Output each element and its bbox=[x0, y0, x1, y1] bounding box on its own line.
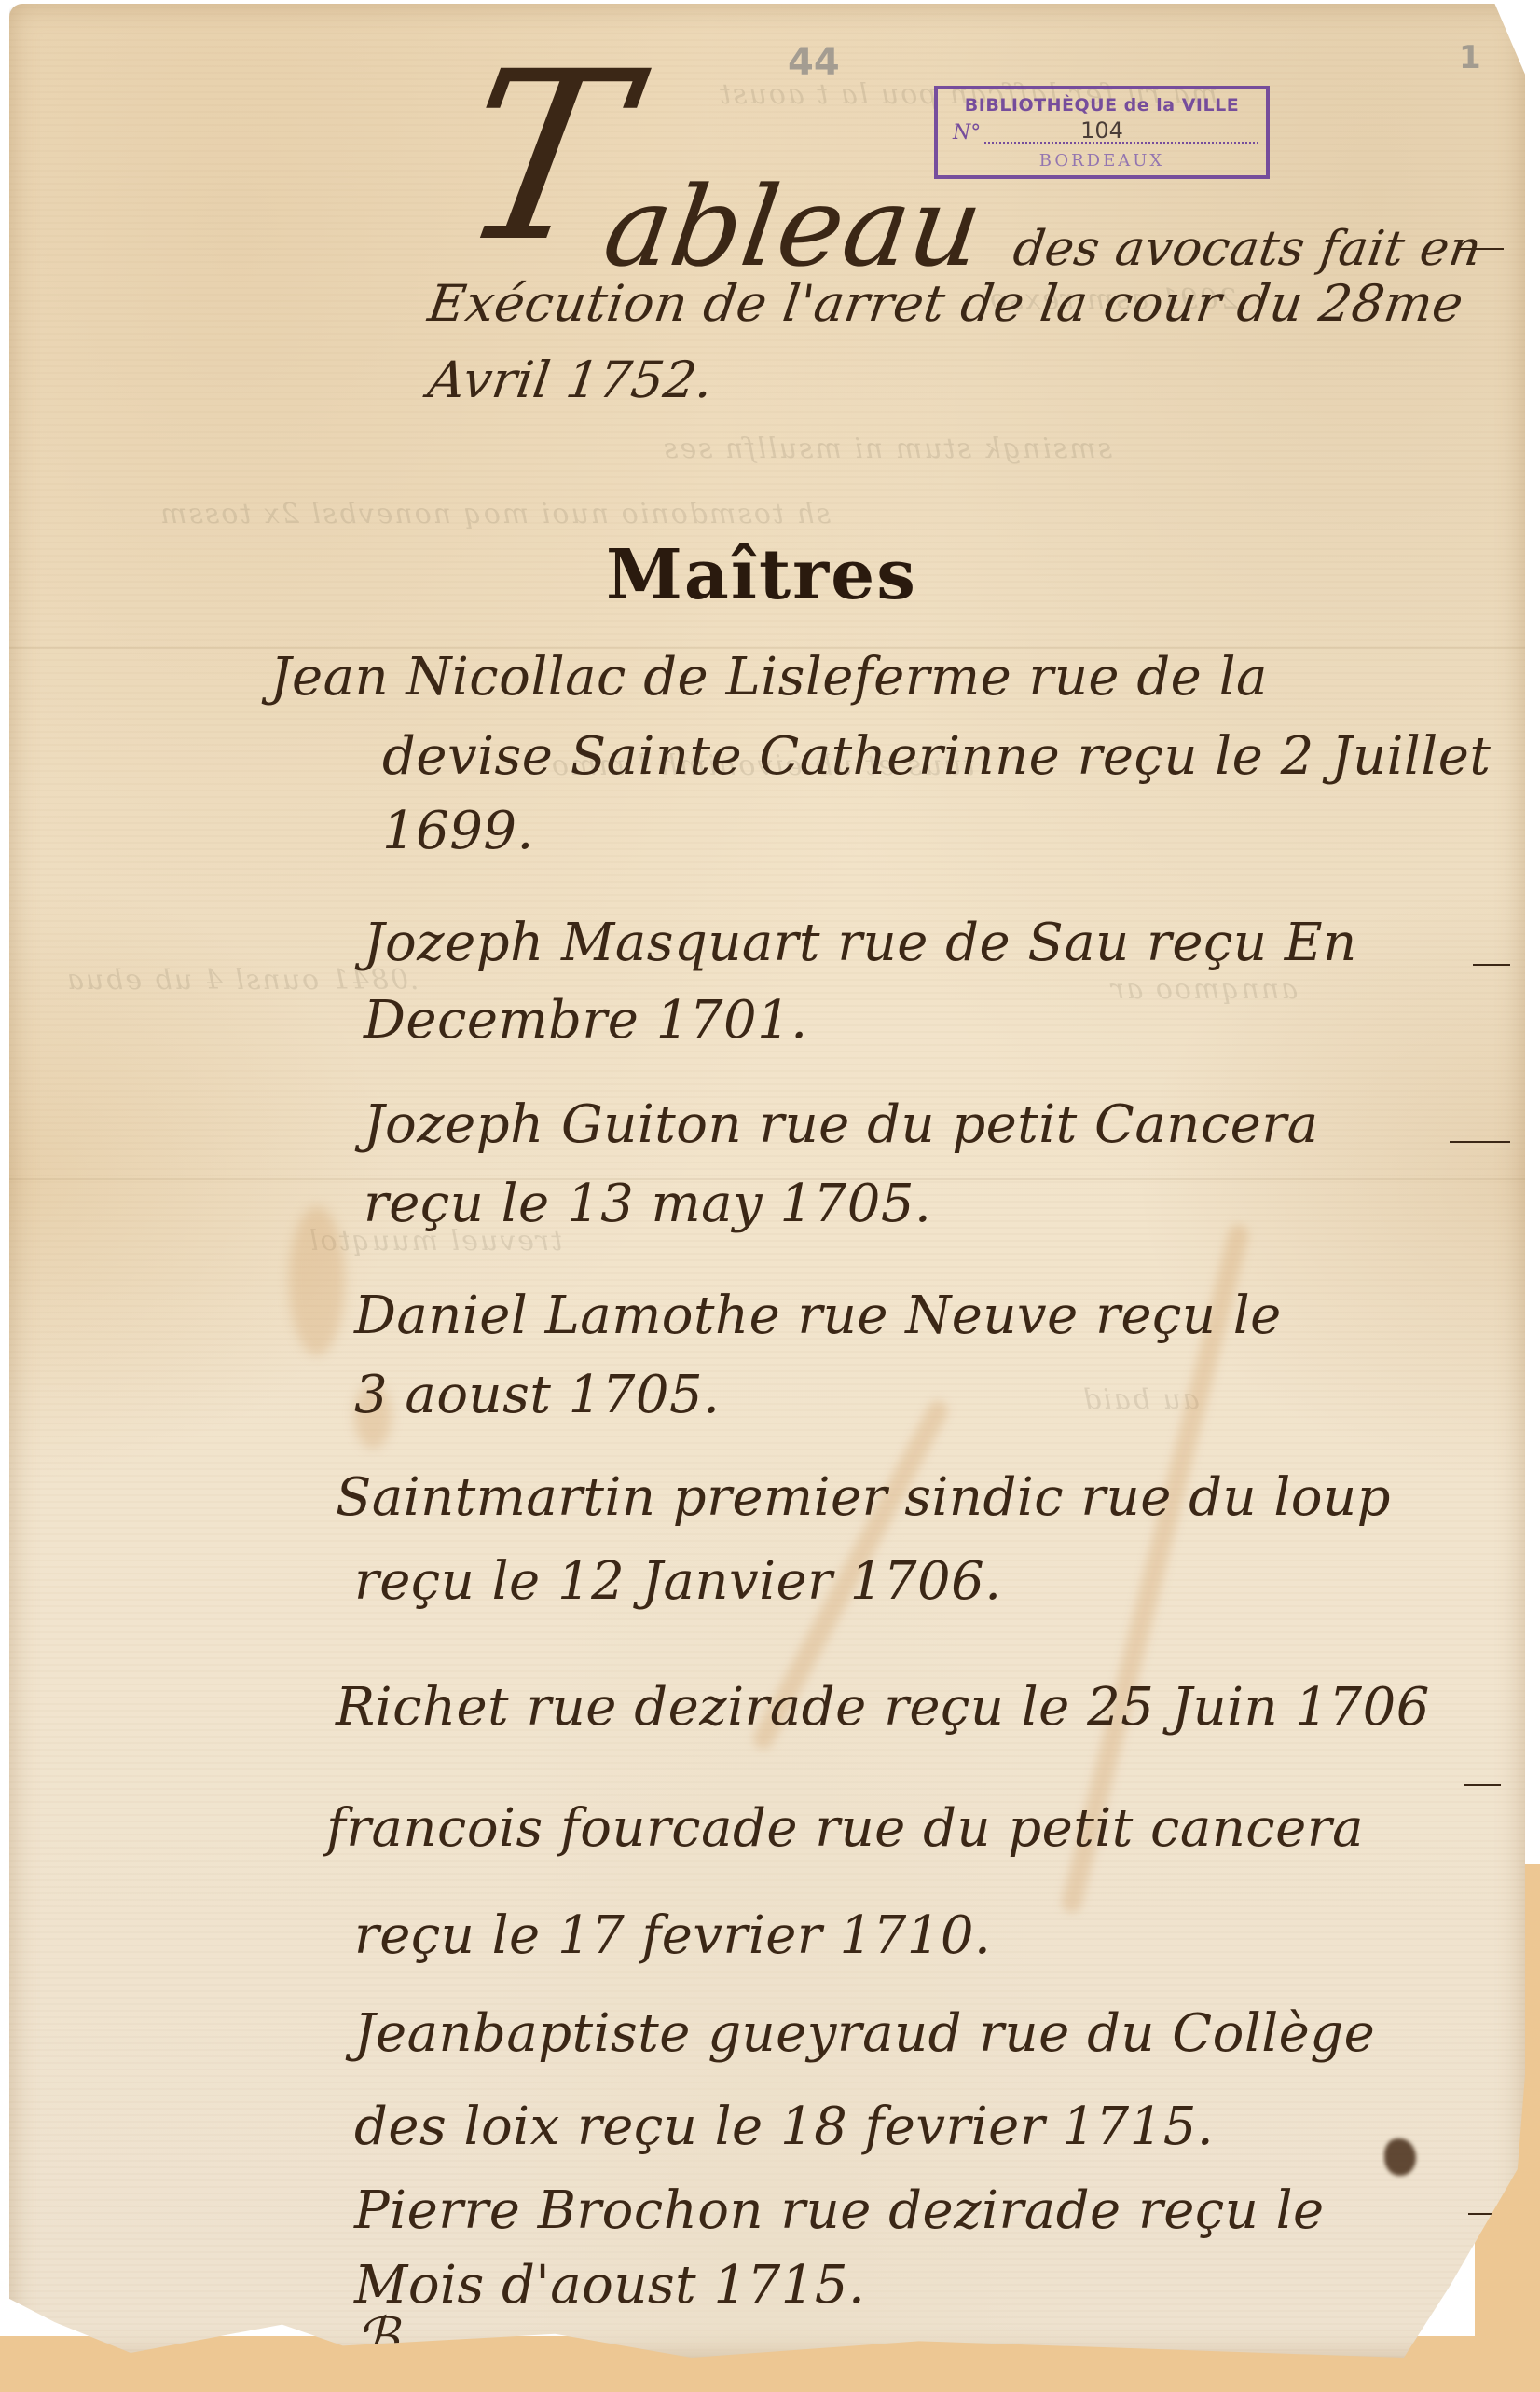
title-line3: Avril 1752. bbox=[425, 351, 718, 409]
entry-line: francois fourcade rue du petit cancera bbox=[326, 1798, 1364, 1859]
entry-line: Jozeph Guiton rue du petit Cancera bbox=[364, 1094, 1318, 1155]
entry-line: des loix reçu le 18 fevrier 1715. bbox=[354, 2096, 1214, 2157]
entry-line: Saintmartin premier sindic rue du loup bbox=[336, 1467, 1391, 1528]
water-stain bbox=[289, 1206, 345, 1355]
entry-line: reçu le 17 fevrier 1710. bbox=[354, 1905, 991, 1966]
entry-line: Pierre Brochon rue dezirade reçu le bbox=[354, 2180, 1325, 2241]
ink-blot bbox=[1384, 2138, 1416, 2176]
line-filler-rule bbox=[1473, 964, 1510, 966]
entry-line: Decembre 1701. bbox=[364, 990, 808, 1051]
entry-line: reçu le 12 Janvier 1706. bbox=[354, 1551, 1002, 1612]
entry-line: Jean Nicollac de Lisleferme rue de la bbox=[270, 647, 1268, 708]
pencil-page-number: 1 bbox=[1459, 39, 1481, 76]
bleed-through-text: sh tosmdonio nuoi moq nonevbsl 2x tossm bbox=[158, 498, 831, 530]
line-filler-rule bbox=[1450, 1141, 1510, 1143]
entry-line: 1699. bbox=[382, 801, 534, 861]
stamp-library-name: BIBLIOTHÈQUE de la VILLE bbox=[943, 95, 1260, 116]
entry-line: Richet rue dezirade reçu le 25 Juin 1706 bbox=[336, 1677, 1430, 1738]
title-line1-rest: des avocats fait en bbox=[1010, 221, 1485, 277]
document-frame: ma ru fer laffcan pou la t aoust 2091 as… bbox=[0, 0, 1540, 2392]
entry-line: Mois d'aoust 1715. bbox=[354, 2255, 865, 2316]
entry-line: devise Sainte Catherinne reçu le 2 Juill… bbox=[382, 726, 1491, 787]
stamp-number: 104 bbox=[938, 117, 1266, 144]
entry-line: reçu le 13 may 1705. bbox=[364, 1174, 931, 1234]
line-filler-rule bbox=[1459, 248, 1504, 250]
entry-line: Jeanbaptiste gueyraud rue du Collège bbox=[354, 2003, 1375, 2064]
title-word: ableau des avocats fait en bbox=[597, 162, 1492, 291]
entry-line: Jozeph Masquart rue de Sau reçu En bbox=[364, 913, 1357, 973]
line-filler-rule bbox=[1464, 1784, 1501, 1786]
title-line2: Exécution de l'arret de la cour du 28me bbox=[425, 274, 1467, 333]
pencil-folio-mark: 44 bbox=[788, 41, 840, 84]
bleed-through-text: smsingk stum ni msullfn ses bbox=[662, 433, 1112, 465]
manuscript-page: ma ru fer laffcan pou la t aoust 2091 as… bbox=[9, 4, 1525, 2358]
entry-line: Daniel Lamothe rue Neuve reçu le bbox=[354, 1285, 1282, 1346]
bleed-through-text: annqmoo ar bbox=[1109, 973, 1298, 1006]
section-heading: Maîtres bbox=[606, 535, 917, 615]
bleed-through-text: au baid bbox=[1081, 1383, 1200, 1416]
title-main: ableau bbox=[597, 162, 990, 291]
entry-line: 3 aoust 1705. bbox=[354, 1365, 720, 1425]
